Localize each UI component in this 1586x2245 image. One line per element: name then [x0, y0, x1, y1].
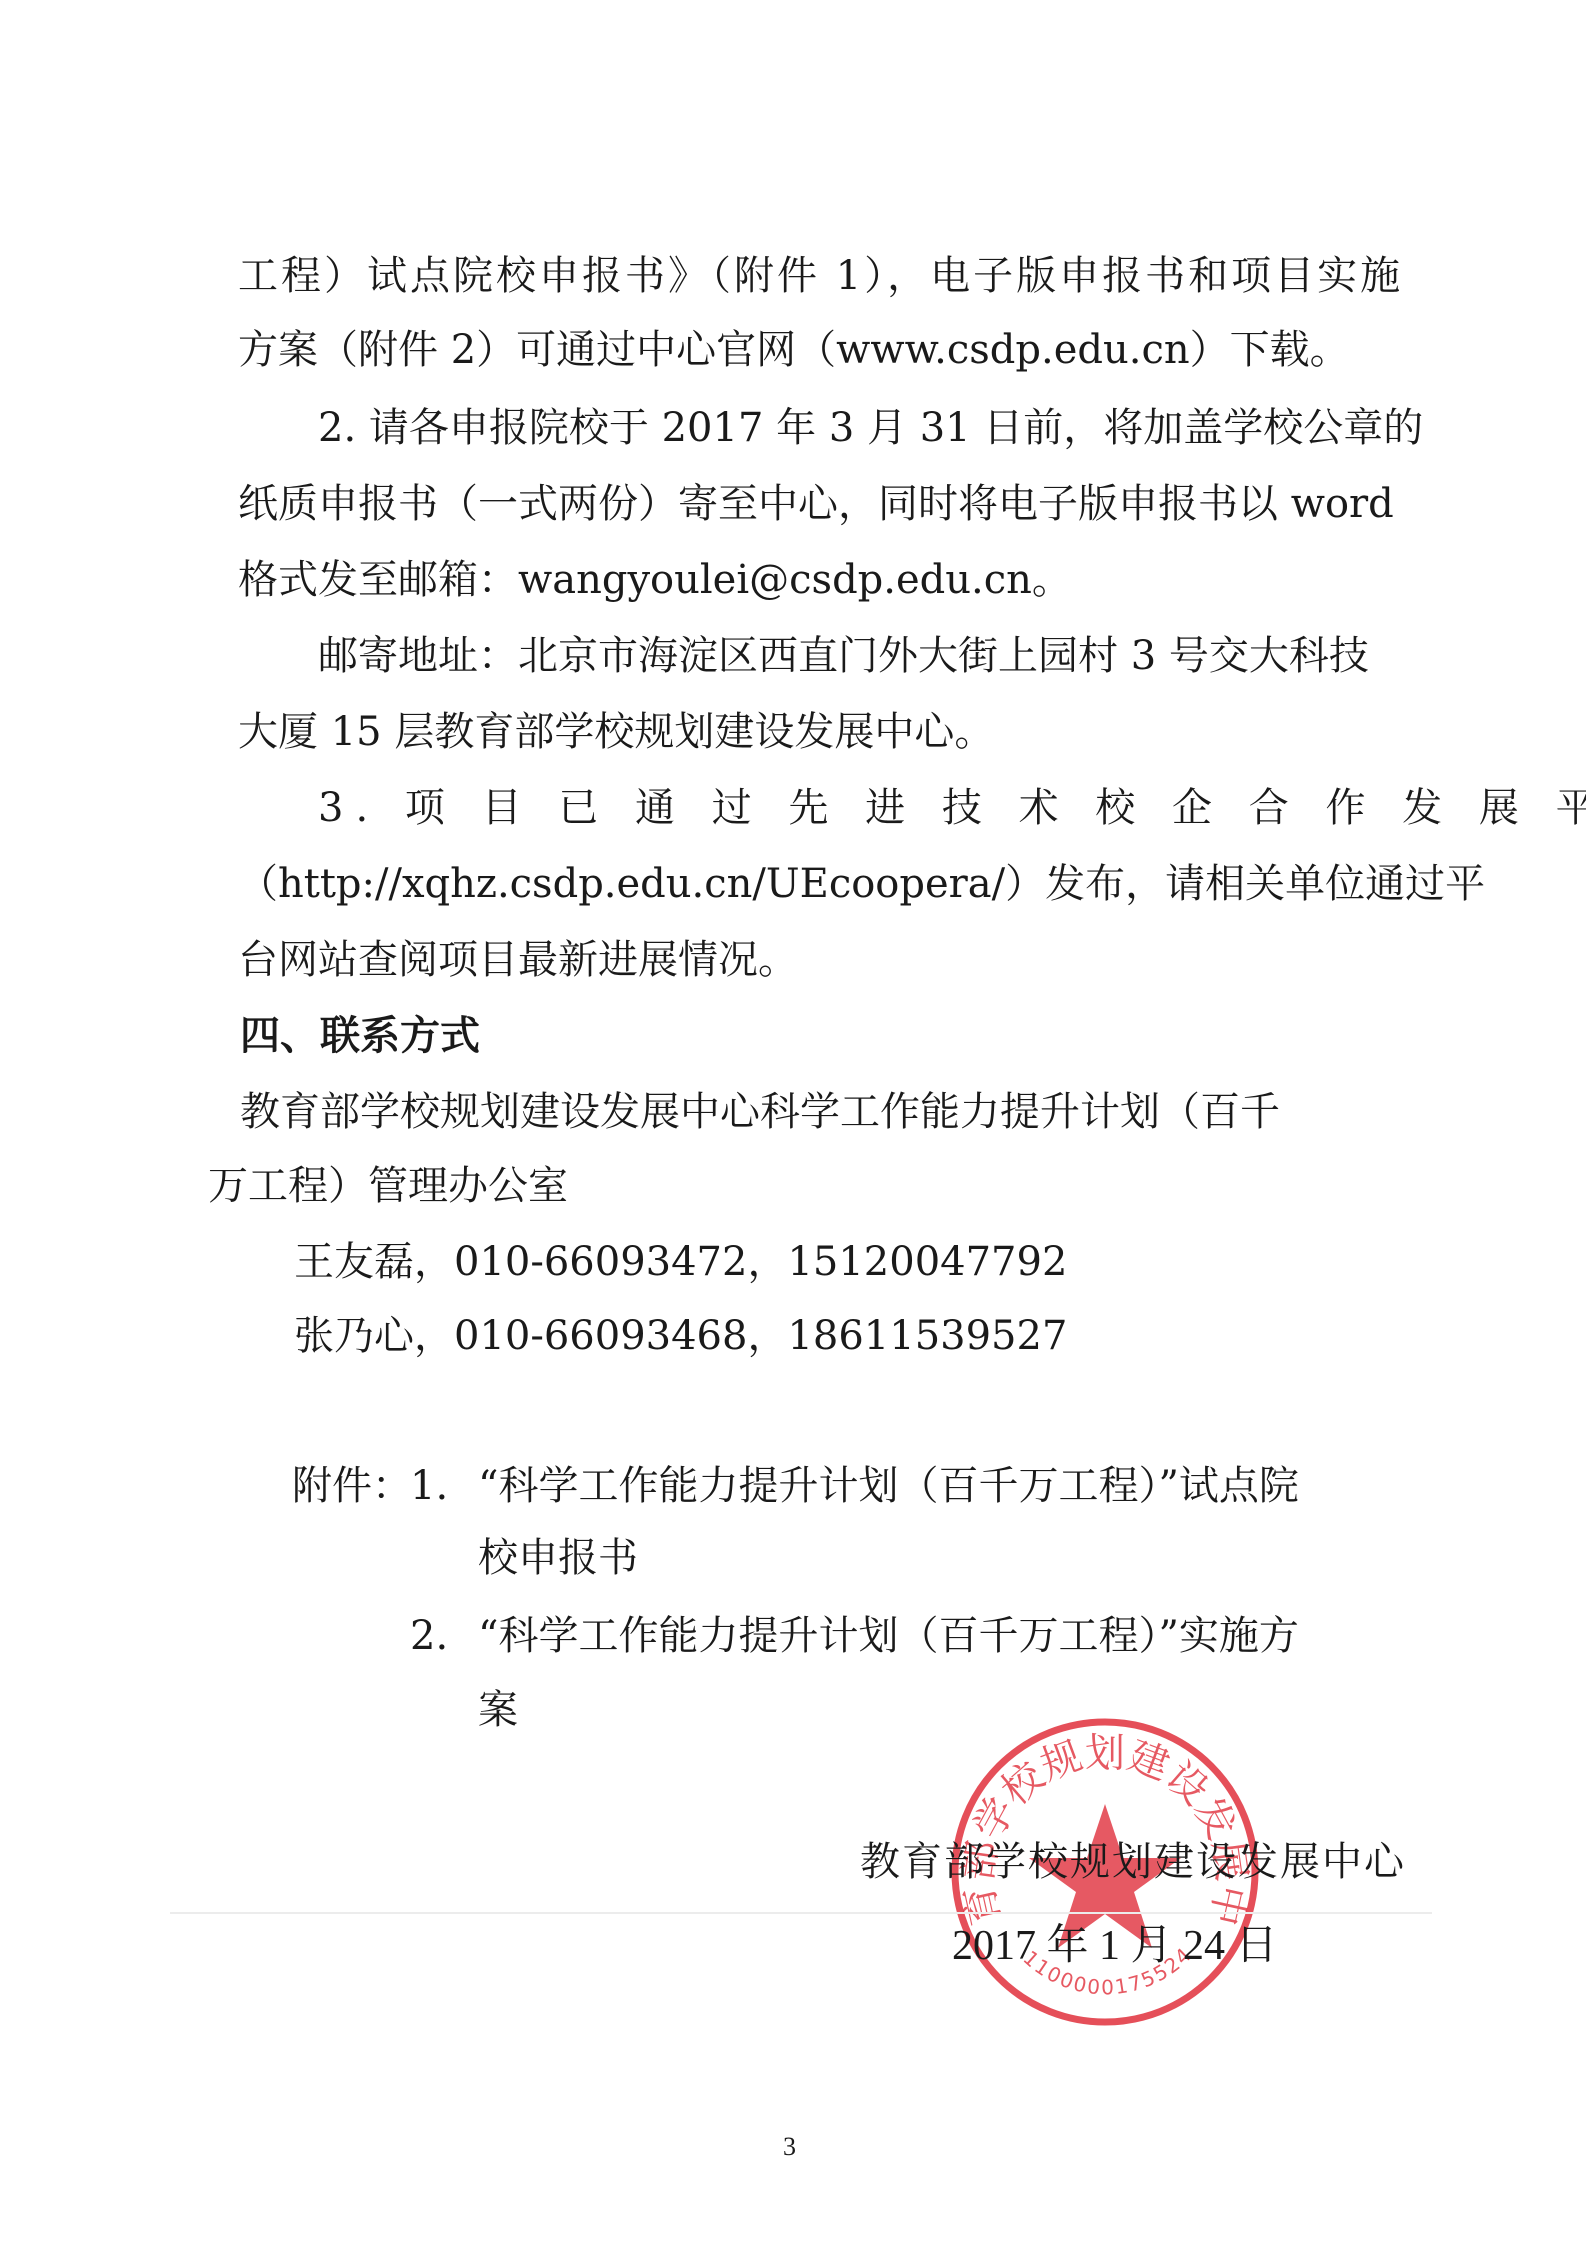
signature-date: 2017 年 1 月 24 日 [952, 1922, 1278, 1970]
page-number: 3 [783, 2132, 796, 2162]
attachment-number: 1. [410, 1462, 448, 1510]
contact-person: 张乃心，010-66093468，18611539527 [294, 1312, 1067, 1360]
attachment-title-line: 校申报书 [478, 1534, 638, 1582]
paragraph-line: 工程）试点院校申报书》（附件 1），电子版申报书和项目实施 [238, 252, 1403, 300]
mailing-address-line: 邮寄地址：北京市海淀区西直门外大街上园村 3 号交大科技 [318, 632, 1369, 680]
paragraph-line: 纸质申报书（一式两份）寄至中心，同时将电子版申报书以 word [238, 480, 1394, 528]
attachment-title-line: “科学工作能力提升计划（百千万工程）”试点院 [478, 1462, 1299, 1510]
document-page: 工程）试点院校申报书》（附件 1），电子版申报书和项目实施 方案（附件 2）可通… [0, 0, 1586, 2245]
mailing-address-line: 大厦 15 层教育部学校规划建设发展中心。 [238, 708, 994, 756]
attachment-title-line: “科学工作能力提升计划（百千万工程）”实施方 [478, 1612, 1299, 1660]
attachment-title-line: 案 [478, 1686, 518, 1734]
signature-organization: 教育部学校规划建设发展中心 [860, 1838, 1406, 1886]
paragraph-line: 3. 项 目 已 通 过 先 进 技 术 校 企 合 作 发 展 平 台 [318, 784, 1586, 832]
paragraph-line: 格式发至邮箱：wangyoulei@csdp.edu.cn。 [238, 556, 1072, 604]
paragraph-line: （http://xqhz.csdp.edu.cn/UEcoopera/）发布，请… [238, 860, 1485, 908]
section-heading-contact: 四、联系方式 [240, 1012, 480, 1060]
paragraph-line: 方案（附件 2）可通过中心官网（www.csdp.edu.cn）下载。 [238, 326, 1350, 374]
paragraph-line: 台网站查阅项目最新进展情况。 [238, 936, 798, 984]
attachment-number: 2. [410, 1612, 448, 1660]
contact-person: 王友磊，010-66093472，15120047792 [294, 1238, 1067, 1286]
contact-office-line: 教育部学校规划建设发展中心科学工作能力提升计划（百千 [240, 1088, 1280, 1136]
scan-artifact-line [170, 1912, 1432, 1914]
paragraph-line: 2. 请各申报院校于 2017 年 3 月 31 日前，将加盖学校公章的 [318, 404, 1423, 452]
attachments-label: 附件： [292, 1462, 412, 1510]
contact-office-line: 万工程）管理办公室 [208, 1162, 568, 1210]
